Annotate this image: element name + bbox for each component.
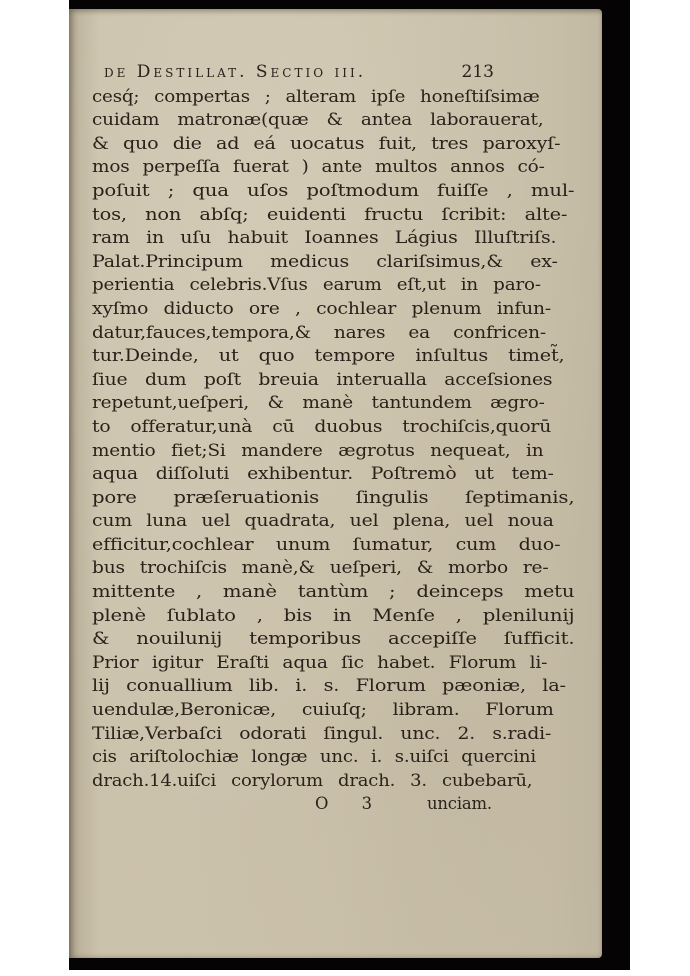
text-line: lij conuallium lib. i. s. Florum pæoniæ,… [92,674,566,698]
text-block: de Destillat. Sectio iii. 213 cesq́; com… [92,61,494,816]
text-line: poſuit ; qua uſos poſtmodum fuiſſe , mul… [92,179,574,203]
text-line: aqua diſſoluti exhibentur. Poſtremò ut t… [92,462,554,486]
text-line: mos perpeſſa fuerat ) ante multos annos … [92,155,545,179]
running-head: de Destillat. Sectio iii. 213 [92,61,494,85]
text-line: xyſmo diducto ore , cochlear plenum infu… [92,297,551,321]
text-line: drach.14.uiſci corylorum drach. 3. cubeb… [92,769,532,793]
text-line: uendulæ,Beronicæ, cuiuſq; libram. Florum [92,698,554,722]
text-line: datur,fauces,tempora,& nares ea confrice… [92,321,546,345]
text-line: cum luna uel quadrata, uel plena, uel no… [92,509,554,533]
text-line: cis ariſtolochiæ longæ unc. i. s.uiſci q… [92,745,536,769]
text-line: bus trochiſcis manè,& ueſperi, & morbo r… [92,556,549,580]
text-line: mentio fiet;Si mandere ægrotus nequeat, … [92,439,543,463]
text-line: & nouilunij temporibus accepiſſe ſuffici… [92,627,574,651]
text-line: ſiue dum poſt breuia interualla acceſsio… [92,368,552,392]
text-line: Palat.Principum medicus clariſsimus,& ex… [92,250,558,274]
text-line: mittente , manè tantùm ; deinceps metu [92,580,574,604]
text-line: ram in uſu habuit Ioannes Lágius Illuſtr… [92,226,556,250]
body-text: cesq́; compertas ; alteram ipſe honeſtiſ… [92,85,494,793]
text-line: cuidam matronæ(quæ & antea laborauerat, [92,108,543,132]
text-line: perientia celebris.Vſus earum eſt,ut in … [92,273,541,297]
text-line: to offeratur,unà cū duobus trochiſcis,qu… [92,415,551,439]
text-line: efficitur,cochlear unum ſumatur, cum duo… [92,533,560,557]
text-line: pore præſeruationis ſingulis ſeptimanis, [92,486,574,510]
text-line: tur.Deinde, ut quo tempore inſultus time… [92,344,565,368]
text-line: tos, non abſq; euidenti fructu ſcribit: … [92,203,567,227]
page-number: 213 [462,61,494,85]
text-line: & quo die ad eá uocatus fuit, tres parox… [92,132,560,156]
signature-mark: O 3 [315,792,386,816]
text-line: cesq́; compertas ; alteram ipſe honeſtiſ… [92,85,540,109]
text-line: repetunt,ueſperi, & manè tantundem ægro- [92,391,545,415]
catchword: unciam. [427,792,492,816]
text-line: plenè ſublato , bis in Menſe , pleniluni… [92,604,574,628]
running-head-title: de Destillat. Sectio iii. [104,61,366,85]
catch-line: O 3 unciam. [92,792,494,816]
text-line: Tiliæ,Verbaſci odorati ſingul. unc. 2. s… [92,722,551,746]
text-line: Prior igitur Eraſti aqua ſic habet. Flor… [92,651,547,675]
